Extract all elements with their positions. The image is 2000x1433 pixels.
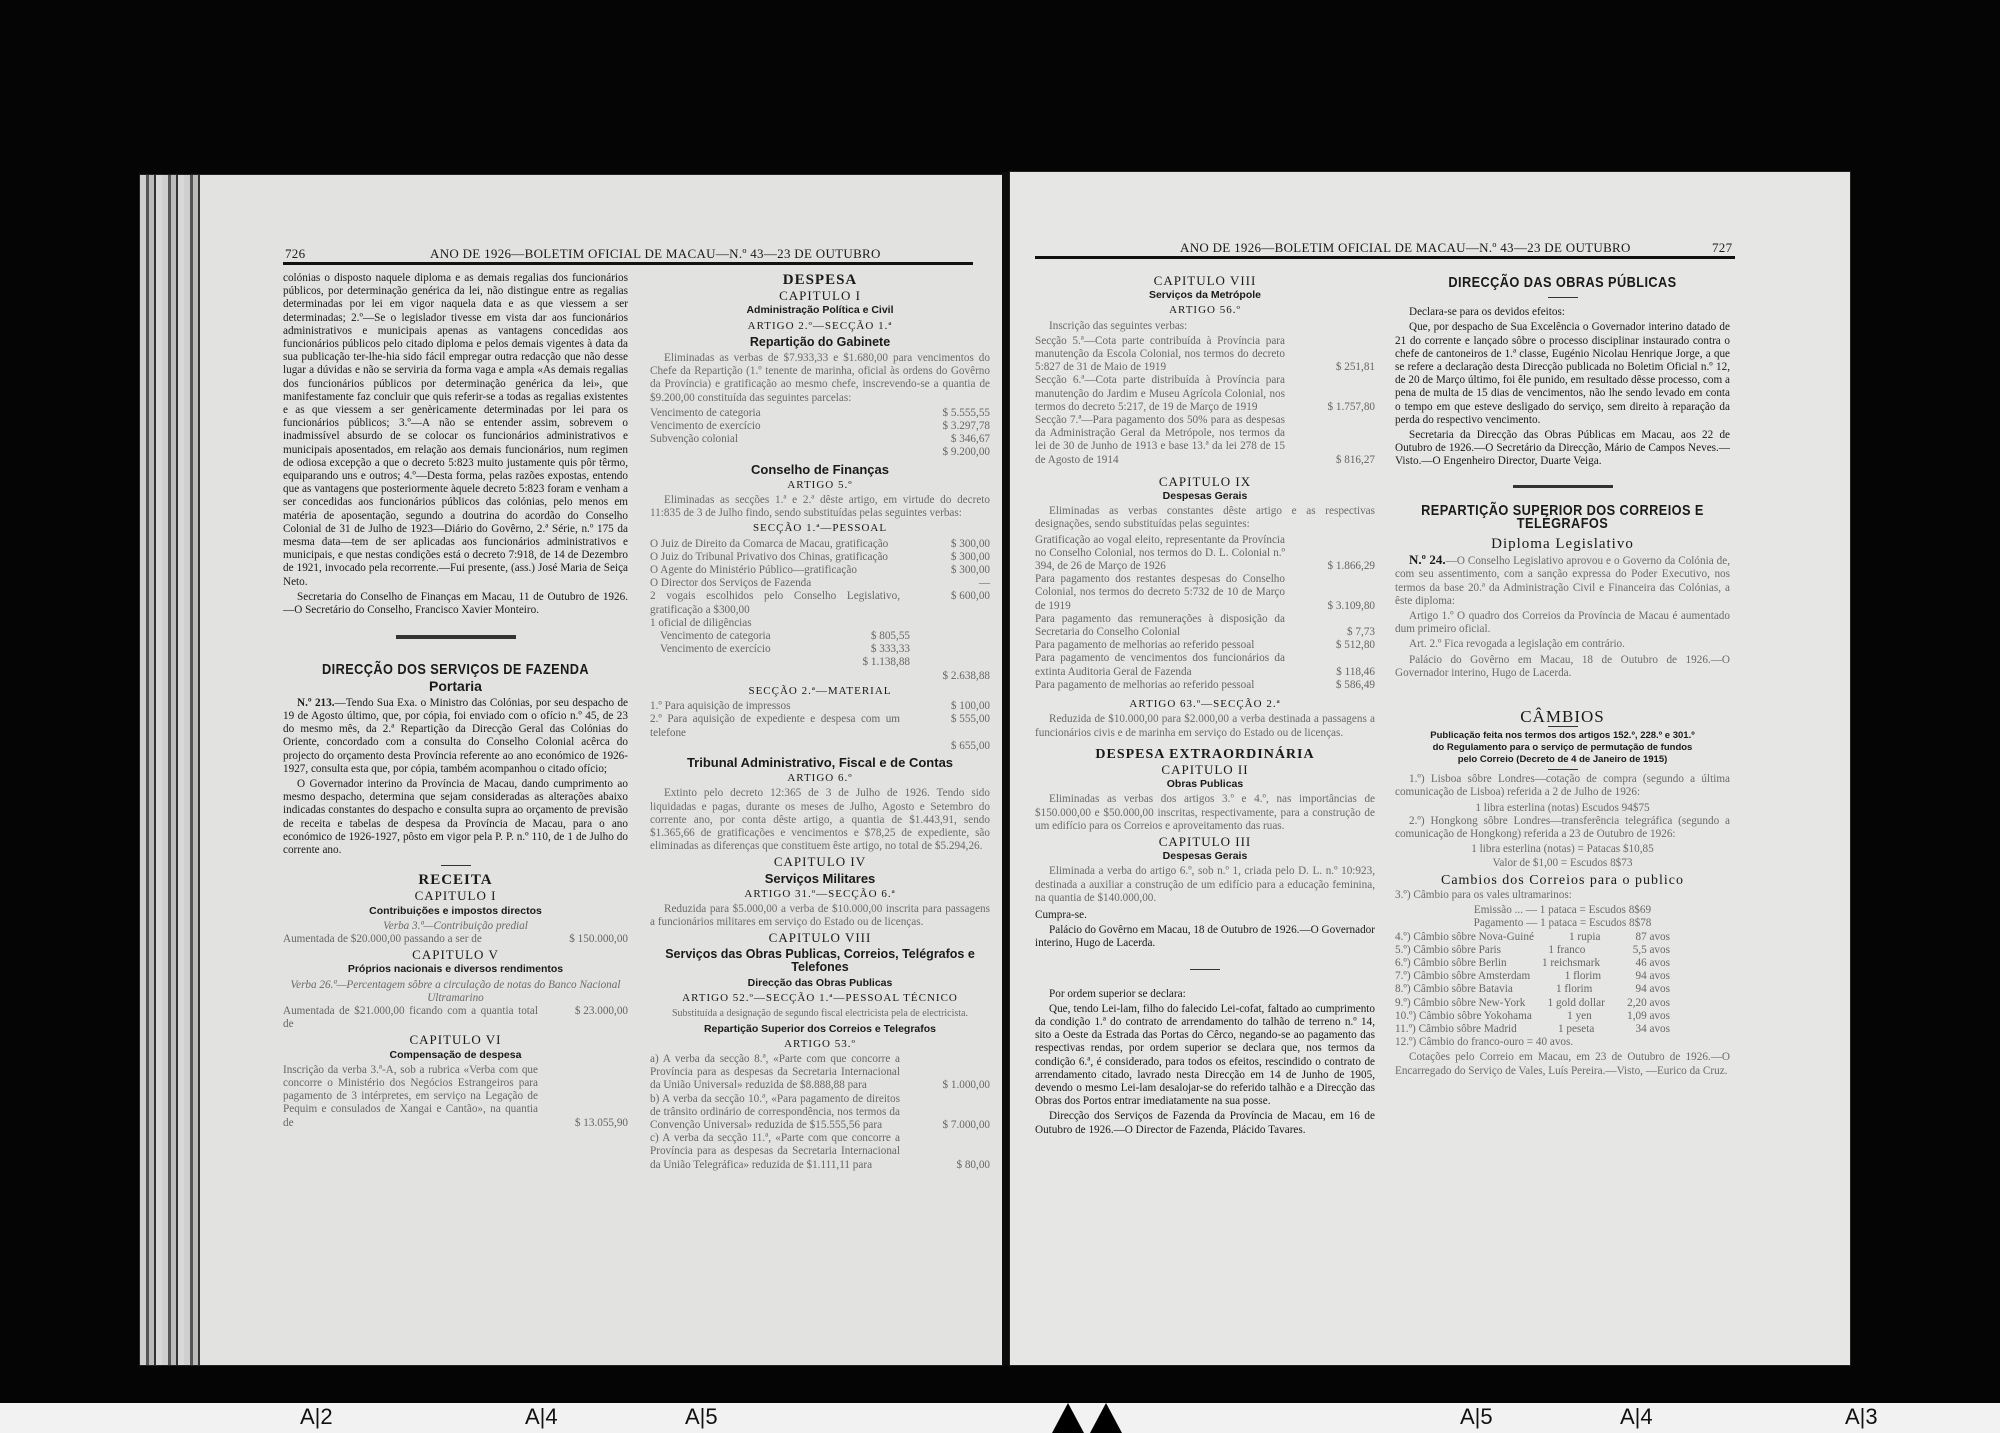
rate-value: 1 libra esterlina (notas) Escudos 94$75 [1395,802,1730,815]
rate-row: 8.º) Câmbio sôbre Batavia1 florim94 avos [1395,983,1730,996]
paragraph: Eliminadas as verbas dos artigos 3.º e 4… [1035,793,1375,833]
row-label: Secção 6.ª—Cota parte distribuída à Prov… [1035,374,1285,414]
paragraph: 12.º) Câmbio do franco-ouro = 40 avos. [1395,1036,1730,1049]
paragraph: Eliminada a verba do artigo 6.º, sob n.º… [1035,865,1375,905]
chapter-subtitle: Serviços das Obras Publicas, Correios, T… [650,948,990,974]
divider [1513,485,1613,488]
paragraph: Cotações pelo Correio em Macau, em 23 de… [1395,1051,1730,1077]
paragraph: Secretaria do Conselho de Finanças em Ma… [283,591,628,617]
film-frame-mark: A|5 [685,1404,718,1430]
amount: $ 251,81 [1285,361,1375,374]
row-label: Para pagamento das remunerações à dispos… [1035,613,1285,639]
paragraph: Reduzida para $5.000,00 a verba de $10.0… [650,903,990,929]
subsection-title: Conselho de Finanças [650,463,990,476]
paragraph: Extinto pelo decreto 12:365 de 3 de Julh… [650,787,990,853]
amount: $ 3.109,80 [1285,600,1375,613]
left-header-rule [283,262,973,265]
film-index-arrow-icon [1052,1403,1084,1433]
chapter-subtitle: Administração Política e Civil [650,304,990,317]
chapter-heading: CAPITULO V [283,948,628,961]
verba-line: Verba 3.ª—Contribuição predial [283,920,628,933]
left-page-number: 726 [285,246,305,262]
book-spine-edge [140,175,200,1365]
amount: $ 1.757,80 [1285,401,1375,414]
row-label: Vencimento de categoria [650,407,761,420]
amount: $ 150.000,00 [538,933,628,946]
pessoal-rows: O Juiz de Direito da Comarca de Macau, g… [650,538,990,683]
rate-value: Pagamento — 1 pataca = Escudos 8$78 [1395,917,1730,930]
chapter-subtitle: Serviços da Metrópole [1035,289,1375,302]
row-label: O Juiz do Tribunal Privativo dos Chinas,… [650,551,888,564]
paragraph: Palácio do Govêrno em Macau, 18 de Outub… [1035,924,1375,950]
row-label: Para pagamento de melhorias ao referido … [1035,639,1254,652]
paragraph: Por ordem superior se declara: [1035,988,1375,1001]
section-title: DESPESA EXTRAORDINÁRIA [1035,748,1375,761]
paragraph: Palácio do Govêrno em Macau, 18 de Outub… [1395,654,1730,680]
paragraph: Que, por despacho de Sua Excelência o Go… [1395,321,1730,427]
chapter-subtitle: Contribuições e impostos directos [283,905,628,918]
amount: $ 555,00 [900,713,990,739]
rate-value: 1 libra esterlina (notas) = Patacas $10,… [1395,843,1730,856]
rate-row: 5.º) Câmbio sôbre Paris1 franco5,5 avos [1395,944,1730,957]
rate-row: 10.º) Câmbio sôbre Yokohama1 yen1,09 avo… [1395,1010,1730,1023]
subsection-title: Direcção das Obras Publicas [650,977,990,990]
chapter-heading: CAPITULO I [283,889,628,902]
subsection-title: Repartição do Gabinete [650,336,990,349]
subsection-title: Portaria [283,680,628,693]
subsection-title: Repartição Superior dos Correios e Teleg… [650,1023,990,1036]
right-running-header: ANO DE 1926—BOLETIM OFICIAL DE MACAU—N.º… [1180,240,1631,256]
amount: $ 100,00 [900,700,990,713]
paragraph: Que, tendo Lei-lam, filho do falecido Le… [1035,1003,1375,1109]
chapter-subtitle: Compensação de despesa [283,1049,628,1062]
line-label: Inscrição da verba 3.ª-A, sob a rubrica … [283,1064,538,1130]
chapter-heading: CAPITULO IX [1035,475,1375,488]
film-frame-mark: A|3 [1845,1404,1878,1430]
rate-row: 6.º) Câmbio sôbre Berlin1 reichsmark46 a… [1395,957,1730,970]
row-label: Secção 5.ª—Cota parte contribuída à Prov… [1035,335,1285,375]
section-heading: SECÇÃO 1.ª—PESSOAL [650,522,990,535]
line-label: Aumentada de $21.000,00 ficando com a qu… [283,1005,538,1031]
amount: $ 3.297,78 [900,420,990,433]
chapter-subtitle: Despesas Gerais [1035,850,1375,863]
total-amount: $ 9.200,00 [900,446,990,459]
total-amount: $ 2.638,88 [900,670,990,683]
row-label: O Director dos Serviços de Fazenda [650,577,811,590]
film-frame-mark: A|2 [300,1404,333,1430]
row-label: Vencimento de categoria [660,630,771,643]
row-label: Vencimento de exercício [660,643,771,656]
row-label: b) A verba da secção 10.ª, «Para pagamen… [650,1093,900,1133]
article-heading: ARTIGO 2.º—SECÇÃO 1.ª [650,320,990,333]
amount: $ 7,73 [1285,626,1375,639]
rate-row: 4.º) Câmbio sôbre Nova-Guiné1 rupia87 av… [1395,931,1730,944]
article-heading: ARTIGO 31.º—SECÇÃO 6.ª [650,888,990,901]
chapter-subtitle: Próprios nacionais e diversos rendimento… [283,963,628,976]
paragraph: 2.º) Hongkong sôbre Londres—transferênci… [1395,815,1730,841]
film-frame-mark: A|4 [525,1404,558,1430]
paragraph: Artigo 1.º O quadro dos Correios da Prov… [1395,610,1730,636]
amount: $ 5.555,55 [900,407,990,420]
amount: $ 600,00 [900,590,990,616]
article-heading: ARTIGO 5.º [650,479,990,492]
rate-row: 9.º) Câmbio sôbre New-York1 gold dollar2… [1395,997,1730,1010]
paragraph: —O Conselho Legislativo aprovou e o Gove… [1395,555,1730,607]
rates-table: 4.º) Câmbio sôbre Nova-Guiné1 rupia87 av… [1395,931,1730,1037]
amount: $ 300,00 [900,538,990,551]
amount: $ 512,80 [1285,639,1375,652]
amount: $ 7.000,00 [900,1119,990,1132]
subtotal-amount: $ 1.138,88 [820,656,910,669]
chapter-subtitle: Serviços Militares [650,872,990,885]
right-column-1: CAPITULO VIII Serviços da Metrópole ARTI… [1035,272,1375,1139]
divider [441,865,471,866]
paragraph: —Tendo Sua Exa. o Ministro das Colónias,… [283,697,628,775]
receita-title: RECEITA [283,874,628,887]
article-heading: ARTIGO 63.º—SECÇÃO 2.ª [1035,698,1375,711]
subsection-title: Cambios dos Correios para o publico [1395,874,1730,887]
divider [396,635,516,639]
amount: $ 80,00 [900,1159,990,1172]
gabinete-rows: Vencimento de categoria$ 5.555,55 Vencim… [650,407,990,460]
paragraph: Art. 2.º Fica revogada a legislação em c… [1395,638,1730,651]
chapter-heading: CAPITULO II [1035,763,1375,776]
section-title: DIRECÇÃO DOS SERVIÇOS DE FAZENDA [309,663,602,676]
amount: $ 118,46 [1285,666,1375,679]
amount: $ 586,49 [1285,679,1375,692]
amount [900,617,990,630]
total-amount: $ 655,00 [900,740,990,753]
paragraph: Secretaria da Direcção das Obras Pública… [1395,429,1730,469]
left-column-2: DESPESA CAPITULO I Administração Polític… [650,272,990,1172]
paragraph: Eliminadas as secções 1.ª e 2.ª dêste ar… [650,494,990,520]
amount: $ 13.055,90 [538,1117,628,1130]
row-label: 2.º Para aquisição de expediente e despe… [650,713,900,739]
amount: $ 1.000,00 [900,1079,990,1092]
verba-line: Verba 26.ª—Percentagem sôbre a circulaçã… [283,979,628,1005]
left-running-header: ANO DE 1926—BOLETIM OFICIAL DE MACAU—N.º… [430,246,881,262]
chapter-heading: CAPITULO III [1035,835,1375,848]
divider [1190,969,1220,970]
chapter-subtitle: Obras Publicas [1035,778,1375,791]
film-index-arrow-icon [1090,1403,1122,1433]
chapter-heading: CAPITULO IV [650,855,990,868]
amount: $ 346,67 [900,433,990,446]
paragraph: colónias o disposto naquele diploma e as… [283,272,628,589]
row-label: Para pagamento de melhorias ao referido … [1035,679,1254,692]
paragraph: O Governador interino da Província de Ma… [283,778,628,857]
right-column-2: DIRECÇÃO DAS OBRAS PÚBLICAS Declara-se p… [1395,270,1730,1080]
row-label: 1.º Para aquisição de impressos [650,700,790,713]
section-heading: SECÇÃO 2.ª—MATERIAL [650,685,990,698]
film-frame-mark: A|5 [1460,1404,1493,1430]
portaria-number: N.º 213. [297,697,335,709]
chapter-heading: CAPITULO VIII [650,931,990,944]
paragraph: Inscrição das seguintes verbas: [1035,320,1375,333]
row-label: 2 vogais escolhidos pelo Conselho Legisl… [650,590,900,616]
row-label: 1 oficial de diligências [650,617,752,630]
cambios-title: CÂMBIOS [1395,710,1730,723]
subsection-title: Tribunal Administrativo, Fiscal e de Con… [650,756,990,769]
amount: $ 300,00 [900,551,990,564]
paragraph: Substituída a designação de segundo fisc… [650,1007,990,1020]
paragraph: Reduzida de $10.000,00 para $2.000,00 a … [1035,713,1375,739]
article-heading: ARTIGO 53.º [650,1038,990,1051]
divider [1548,726,1578,727]
row-label: Secção 7.ª—Para pagamento dos 50% para a… [1035,414,1285,467]
rate-row: 11.º) Câmbio sôbre Madrid1 peseta34 avos [1395,1023,1730,1036]
rate-row: 7.º) Câmbio sôbre Amsterdam1 florim94 av… [1395,970,1730,983]
rate-value: Valor de $1,00 = Escudos 8$73 [1395,857,1730,870]
article-heading: ARTIGO 52.º—SECÇÃO 1.ª—PESSOAL TÉCNICO [650,992,990,1005]
section-title: REPARTIÇÃO SUPERIOR DOS CORREIOS E TELÉG… [1420,504,1705,530]
diploma-number: N.º 24. [1409,552,1446,567]
left-column-1: colónias o disposto naquele diploma e as… [283,272,628,1130]
row-label: O Juiz de Direito da Comarca de Macau, g… [650,538,888,551]
paragraph: Declara-se para os devidos efeitos: [1395,306,1730,319]
film-frame-mark: A|4 [1620,1404,1653,1430]
row-label: Para pagamento de vencimentos dos funcio… [1035,652,1285,678]
row-label: Vencimento de exercício [650,420,761,433]
chapter-heading: CAPITULO VIII [1035,274,1375,287]
line-label: Aumentada de $20.000,00 passando a ser d… [283,933,482,946]
row-label: Subvenção colonial [650,433,738,446]
right-page-number: 727 [1712,240,1732,256]
paragraph: Direcção dos Serviços de Fazenda da Prov… [1035,1110,1375,1136]
paragraph: Cumpra-se. [1035,909,1375,922]
amount: $ 805,55 [820,630,910,643]
paragraph: Eliminadas as verbas de $7.933,33 e $1.6… [650,352,990,405]
paragraph: 1.º) Lisboa sôbre Londres—cotação de com… [1395,773,1730,799]
amount: $ 333,33 [820,643,910,656]
right-header-rule [1035,256,1735,259]
divider [1548,297,1578,298]
rate-value: Emissão ... — 1 pataca = Escudos 8$69 [1395,904,1730,917]
paragraph: 3.º) Câmbio para os vales ultramarinos: [1395,889,1730,902]
amount: — [900,577,990,590]
subsection-title: Diploma Legislativo [1395,538,1730,551]
amount: $ 23.000,00 [538,1005,628,1031]
row-label: a) A verba da secção 8.ª, «Parte com que… [650,1053,900,1093]
despesa-title: DESPESA [650,274,990,287]
paragraph: Eliminadas as verbas constantes dêste ar… [1035,505,1375,531]
amount: $ 816,27 [1285,454,1375,467]
amount: $ 1.866,29 [1285,560,1375,573]
article-heading: ARTIGO 56.º [1035,304,1375,317]
row-label: c) A verba da secção 11.ª, «Parte com qu… [650,1132,900,1172]
row-label: Gratificação ao vogal eleito, representa… [1035,534,1285,574]
page-gutter [1002,172,1010,1365]
cambios-publication-note: Publicação feita nos termos dos artigos … [1395,730,1730,766]
row-label: Para pagamento dos restantes despesas do… [1035,573,1285,613]
row-label: O Agente do Ministério Público—gratifica… [650,564,857,577]
divider [1548,769,1578,770]
chapter-heading: CAPITULO I [650,289,990,302]
chapter-heading: CAPITULO VI [283,1033,628,1046]
section-title: DIRECÇÃO DAS OBRAS PÚBLICAS [1420,276,1705,289]
amount: $ 300,00 [900,564,990,577]
article-heading: ARTIGO 6.º [650,772,990,785]
chapter-subtitle: Despesas Gerais [1035,490,1375,503]
